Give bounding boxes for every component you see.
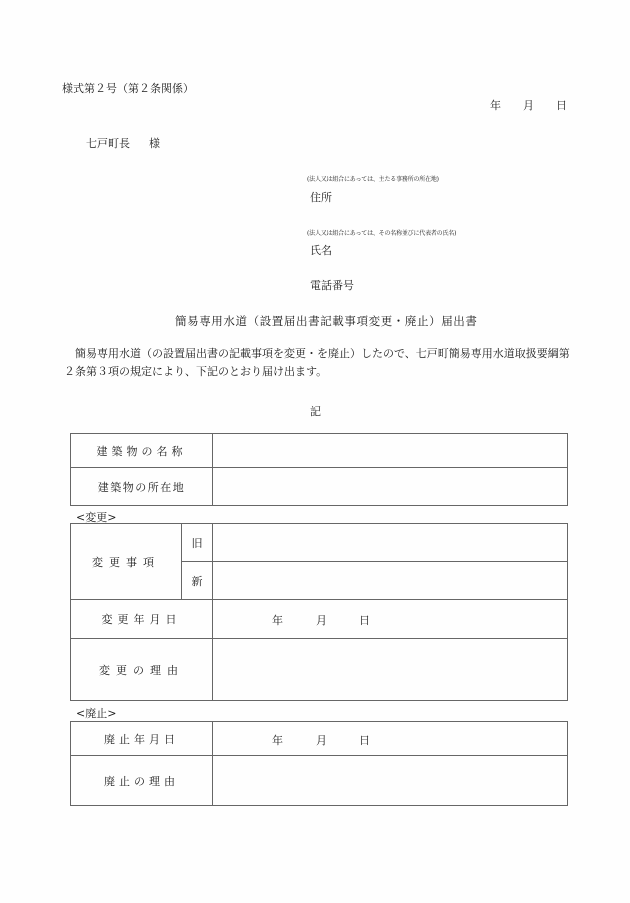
building-location-field[interactable]	[213, 468, 567, 505]
address-label: 住所	[310, 189, 332, 205]
old-value-field[interactable]	[213, 524, 567, 561]
date-day-label: 日	[556, 97, 567, 113]
date-day-label: 日	[359, 732, 370, 748]
date-year-label: 年	[272, 612, 283, 628]
abolition-date-label: 廃止年月日	[71, 722, 212, 755]
abolition-table: 廃止年月日 年 月 日 廃止の理由	[70, 721, 568, 806]
submission-date[interactable]: 年 月 日	[490, 97, 570, 111]
name-label: 氏名	[310, 242, 332, 258]
building-name-field[interactable]	[213, 434, 567, 467]
name-note: (法人又は組合にあっては、その名称並びに代表者の氏名)	[307, 228, 456, 237]
date-month-label: 月	[523, 97, 534, 113]
change-reason-field[interactable]	[213, 639, 567, 700]
change-items-label: 変更事項	[71, 524, 181, 599]
abolition-date-field[interactable]: 年 月 日	[213, 722, 567, 755]
abolition-section-heading: <廃止>	[76, 705, 116, 721]
body-line-1: 簡易専用水道（の設置届出書の記載事項を変更・を廃止）したので、七戸町簡易専用水道…	[64, 345, 574, 363]
phone-field[interactable]	[370, 274, 565, 292]
date-month-label: 月	[316, 612, 327, 628]
abolition-reason-field[interactable]	[213, 756, 567, 805]
building-table: 建築物の名称 建築物の所在地	[70, 433, 568, 506]
building-location-label: 建築物の所在地	[71, 468, 212, 505]
change-reason-label: 変更の理由	[71, 639, 212, 700]
change-date-field[interactable]: 年 月 日	[213, 600, 567, 638]
abolition-reason-label: 廃止の理由	[71, 756, 212, 805]
document-title: 簡易専用水道（設置届出書記載事項変更・廃止）届出書	[175, 313, 478, 329]
building-name-label: 建築物の名称	[71, 434, 212, 467]
address-note: (法人又は組合にあっては、主たる事務所の所在地)	[307, 174, 439, 183]
phone-label: 電話番号	[310, 277, 354, 293]
new-value-field[interactable]	[213, 562, 567, 599]
honorific: 様	[149, 135, 160, 151]
old-label: 旧	[182, 524, 212, 561]
date-year-label: 年	[272, 732, 283, 748]
body-line-2: ２条第３項の規定により、下記のとおり届け出ます。	[64, 363, 574, 381]
ki-heading: 記	[310, 403, 321, 419]
addressee: 七戸町長	[86, 135, 130, 151]
date-month-label: 月	[316, 732, 327, 748]
change-table: 変更事項 旧 新 変更年月日 年 月 日 変更の理由	[70, 523, 568, 701]
change-date-label: 変更年月日	[71, 600, 212, 638]
form-number: 様式第２号（第２条関係）	[62, 80, 194, 96]
address-field[interactable]	[345, 186, 565, 204]
name-field[interactable]	[345, 239, 565, 257]
date-year-label: 年	[490, 97, 501, 113]
new-label: 新	[182, 562, 212, 599]
date-day-label: 日	[359, 612, 370, 628]
